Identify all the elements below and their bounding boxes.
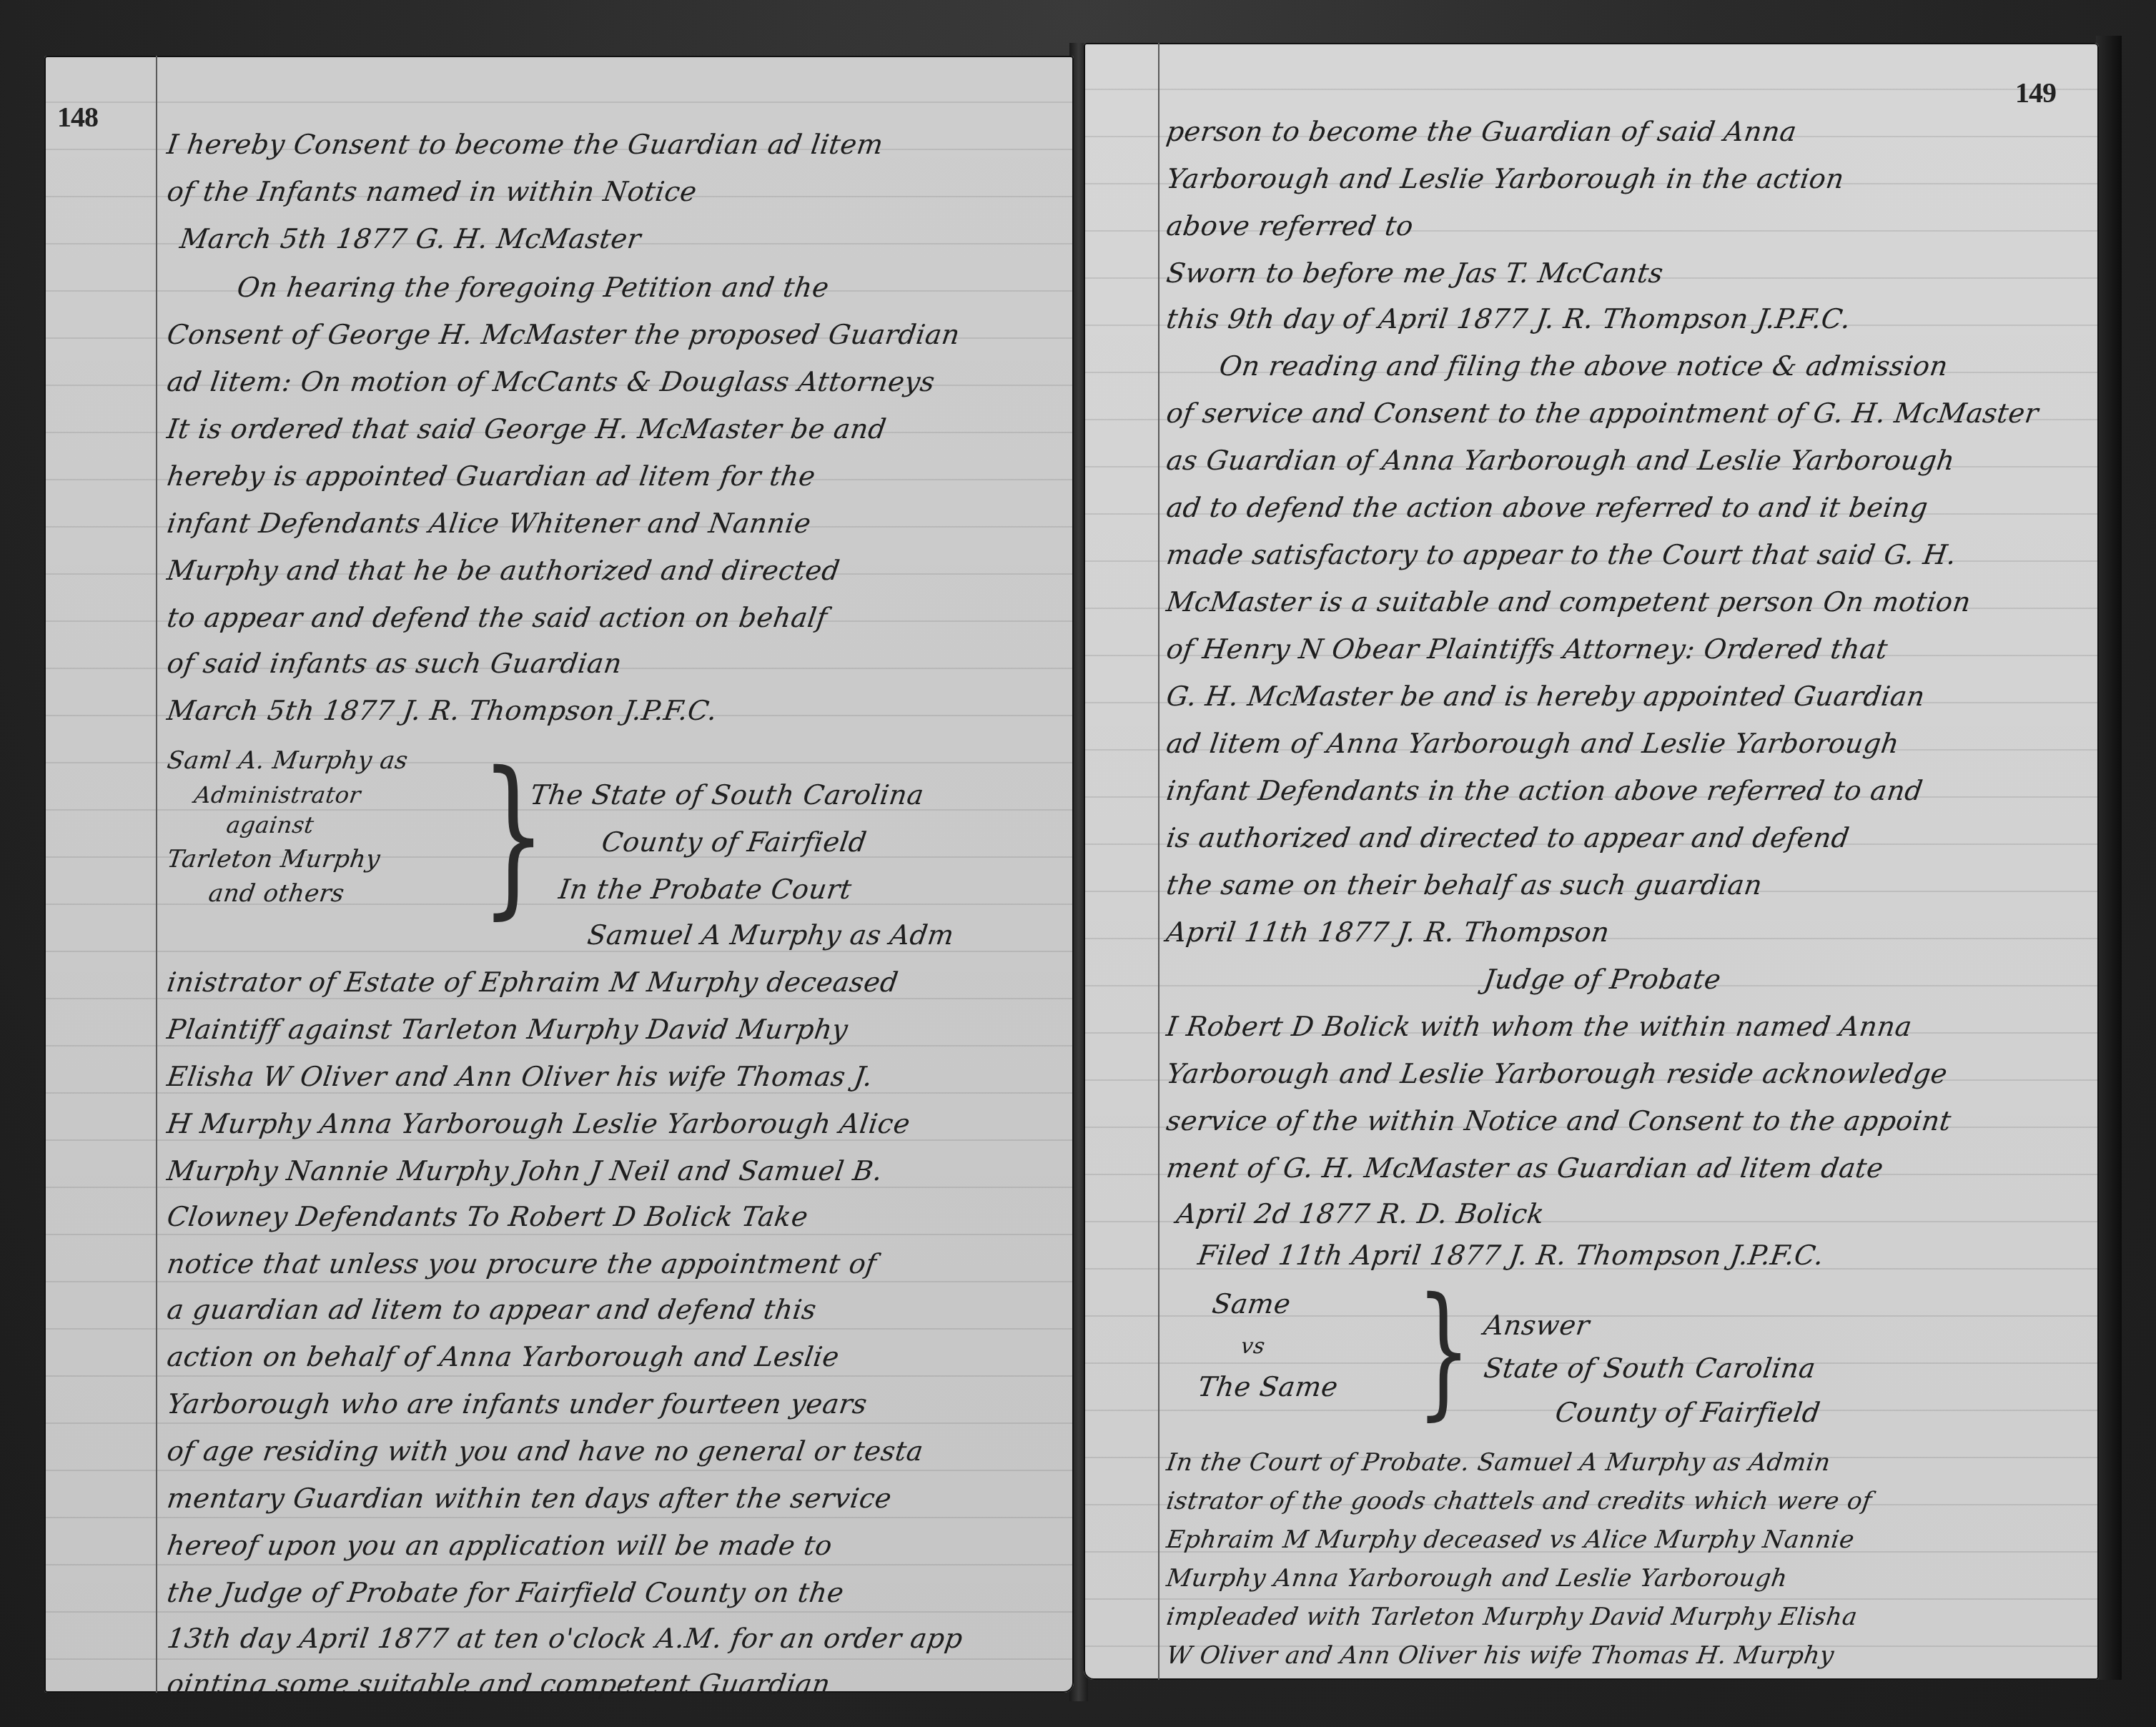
text-line: a guardian ad litem to appear and defend… [165,1292,819,1327]
text-line: Murphy Nannie Murphy John J Neil and Sam… [165,1154,885,1188]
text-line: person to become the Guardian of said An… [1164,114,1799,149]
text-line: April 2d 1877 R. D. Bolick [1175,1197,1547,1231]
text-line: to appear and defend the said action on … [165,600,830,635]
case-caption-defendant: The Same [1196,1370,1340,1404]
text-line: Sworn to before me Jas T. McCants [1164,256,1666,290]
text-line: G. H. McMaster be and is hereby appointe… [1164,679,1927,713]
text-line: On reading and filing the above notice &… [1217,349,1950,383]
text-line: The State of South Carolina [528,778,926,812]
text-line: infant Defendants in the action above re… [1164,773,1926,808]
text-line: Judge of Probate [1482,962,1724,996]
text-line: Yarborough and Leslie Yarborough in the … [1164,162,1846,196]
text-line: inistrator of Estate of Ephraim M Murphy… [165,965,901,999]
text-line: this 9th day of April 1877 J. R. Thompso… [1164,302,1854,336]
text-line: Murphy and that he be authorized and dir… [165,553,842,588]
text-line: It is ordered that said George H. McMast… [165,412,889,446]
text-line: ointing some suitable and competent Guar… [165,1667,833,1701]
text-line: impleaded with Tarleton Murphy David Mur… [1164,1600,1860,1634]
text-line: of the Infants named in within Notice [165,174,699,209]
margin-rule [156,56,157,1693]
text-line: as Guardian of Anna Yarborough and Lesli… [1164,443,1957,477]
text-line: ad litem of Anna Yarborough and Leslie Y… [1164,726,1902,761]
text-line: ment of G. H. McMaster as Guardian ad li… [1164,1151,1886,1185]
text-line: istrator of the goods chattels and credi… [1164,1484,1874,1518]
text-line: Ephraim M Murphy deceased vs Alice Murph… [1164,1523,1857,1557]
text-line: Yarborough and Leslie Yarborough reside … [1164,1057,1950,1091]
text-line: In the Court of Probate. Samuel A Murphy… [1164,1445,1833,1480]
text-line: On hearing the foregoing Petition and th… [235,270,831,305]
text-line: I hereby Consent to become the Guardian … [165,127,886,162]
text-line: H Murphy Anna Yarborough Leslie Yarborou… [165,1107,913,1141]
text-line: Plaintiff against Tarleton Murphy David … [165,1012,851,1046]
margin-rule [1158,43,1159,1680]
text-line: March 5th 1877 G. H. McMaster [178,222,643,256]
text-line: I Robert D Bolick with whom the within n… [1164,1009,1914,1044]
text-line: ad to defend the action above referred t… [1164,490,1931,525]
case-caption-plaintiff: Same [1210,1287,1293,1321]
text-line: of service and Consent to the appointmen… [1164,396,2041,430]
text-line: of Henry N Obear Plaintiffs Attorney: Or… [1164,632,1890,666]
text-line: County of Fairfield [600,825,869,859]
case-caption-against: against [224,808,317,842]
text-line: Elisha W Oliver and Ann Oliver his wife … [165,1059,875,1094]
text-line: service of the within Notice and Consent… [1164,1104,1954,1138]
book-right-edge [2096,36,2122,1680]
text-line: County of Fairfield [1553,1395,1823,1430]
text-line: infant Defendants Alice Whitener and Nan… [165,506,814,540]
text-line: hereof upon you an application will be m… [165,1528,835,1563]
case-caption-role: Administrator [192,778,363,812]
text-line: 13th day April 1877 at ten o'clock A.M. … [165,1621,965,1656]
case-caption-plaintiff: Saml A. Murphy as [165,743,410,778]
text-line: the same on their behalf as such guardia… [1164,868,1765,902]
text-line: March 5th 1877 J. R. Thompson J.P.F.C. [165,693,720,728]
text-line: ad litem: On motion of McCants & Douglas… [165,365,937,399]
left-page: 148 I hereby Consent to become the Guard… [44,56,1074,1693]
text-line: of age residing with you and have no gen… [165,1434,926,1468]
page-number: 149 [2015,76,2056,109]
text-line: is authorized and directed to appear and… [1164,821,1852,855]
text-line: Filed 11th April 1877 J. R. Thompson J.P… [1196,1238,1826,1272]
text-line: Clowney Defendants To Robert D Bolick Ta… [165,1199,811,1234]
text-line: McMaster is a suitable and competent per… [1164,585,1974,619]
text-line: April 11th 1877 J. R. Thompson [1164,915,1612,949]
case-caption-defendant: Tarleton Murphy [165,842,382,876]
text-line: Consent of George H. McMaster the propos… [165,317,962,352]
text-line: above referred to [1164,209,1416,243]
text-line: the Judge of Probate for Fairfield Count… [165,1575,846,1610]
text-line: Samuel A Murphy as Adm [585,918,956,952]
page-number: 148 [57,100,98,134]
text-line: Murphy Anna Yarborough and Leslie Yarbor… [1164,1561,1790,1595]
answer-heading: Answer [1482,1308,1592,1342]
text-line: In the Probate Court [557,872,854,906]
caption-brace: } [1416,1280,1470,1422]
text-line: of said infants as such Guardian [165,646,624,681]
text-line: notice that unless you procure the appoi… [165,1247,879,1281]
case-caption-vs: vs [1239,1330,1267,1364]
case-caption-others: and others [207,876,347,911]
caption-brace: } [481,749,547,921]
text-line: W Oliver and Ann Oliver his wife Thomas … [1164,1638,1836,1673]
text-line: made satisfactory to appear to the Court… [1164,538,1959,572]
right-page: 149 person to become the Guardian of sai… [1084,43,2099,1680]
text-line: hereby is appointed Guardian ad litem fo… [165,459,818,493]
text-line: Yarborough who are infants under fourtee… [165,1387,869,1421]
text-line: action on behalf of Anna Yarborough and … [165,1340,841,1374]
text-line: mentary Guardian within ten days after t… [165,1481,894,1515]
text-line: State of South Carolina [1482,1351,1818,1385]
